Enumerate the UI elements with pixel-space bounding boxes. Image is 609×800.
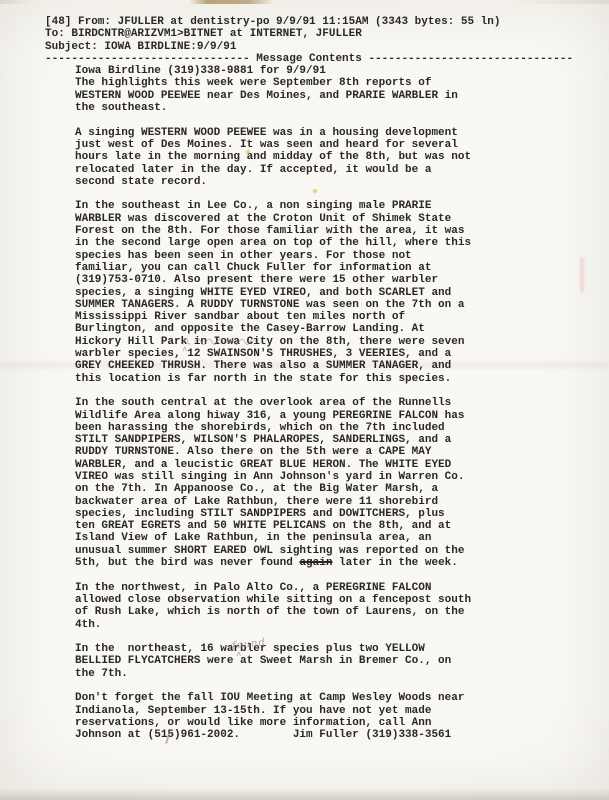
caret-insert-icon: ^ [236, 652, 241, 661]
message-paragraph: In the south central at the overlook are… [75, 397, 573, 569]
message-line: species has been seen in other years. Fo… [75, 250, 573, 262]
message-line: WESTERN WOOD PEEWEE near Des Moines, and… [75, 90, 573, 102]
message-line: STILT SANDPIPERS, WILSON'S PHALAROPES, S… [75, 434, 573, 446]
message-line: species, including STILT SANDPIPERS and … [75, 508, 573, 520]
message-line: Island View of Lake Rathbun, in the peni… [75, 532, 573, 544]
pencil-scribble-annotation-icon [180, 334, 266, 348]
message-line: Johnson at (515)961-2002. Jim Fuller (31… [75, 729, 573, 741]
message-line: Burlington, and opposite the Casey-Barro… [75, 323, 573, 335]
message-line: Iowa Birdline (319)338-9881 for 9/9/91 [75, 65, 573, 77]
message-paragraph: In the northwest, in Palo Alto Co., a PE… [75, 582, 573, 631]
message-line: ten GREAT EGRETS and 50 WHITE PELICANS o… [75, 520, 573, 532]
message-line: A singing WESTERN WOOD PEEWEE was in a h… [75, 127, 573, 139]
message-line: been harassing the shorebirds, which on … [75, 422, 573, 434]
scanned-email-page: [48] From: JFULLER at dentistry-po 9/9/9… [0, 0, 609, 800]
text-segment: later in the week. [332, 557, 457, 569]
header-line: [48] From: JFULLER at dentistry-po 9/9/9… [45, 16, 573, 28]
message-line: In the northeast, 16 warbler species plu… [75, 643, 573, 655]
message-header: [48] From: JFULLER at dentistry-po 9/9/9… [45, 16, 573, 53]
message-line: Indianola, September 13-15th. If you hav… [75, 705, 573, 717]
message-line: unusual summer SHORT EARED OWL sighting … [75, 545, 573, 557]
message-paragraph: A singing WESTERN WOOD PEEWEE was in a h… [75, 127, 573, 188]
message-line: familiar, you can call Chuck Fuller for … [75, 262, 573, 274]
message-line: this location is far north in the state … [75, 373, 573, 385]
message-line: 5th, but the bird was never found again … [75, 557, 573, 569]
paper-speck [246, 150, 250, 154]
message-line: the southeast. [75, 102, 573, 114]
message-line: Don't forget the fall IOU Meeting at Cam… [75, 692, 573, 704]
message-line: In the southeast in Lee Co., a non singi… [75, 200, 573, 212]
paper-speck [313, 189, 317, 193]
message-paragraph: Don't forget the fall IOU Meeting at Cam… [75, 692, 573, 741]
paper-smudge [580, 257, 584, 293]
message-line: Hickory Hill Park in Iowa City on the 8t… [75, 336, 573, 348]
message-line: Mississippi River sandbar about ten mile… [75, 311, 573, 323]
message-line: In the northwest, in Palo Alto Co., a PE… [75, 582, 573, 594]
message-line: WARBLER, and a leucistic GREAT BLUE HERO… [75, 459, 573, 471]
message-line: the 7th. [75, 668, 573, 680]
message-line: reservations, or would like more informa… [75, 717, 573, 729]
message-paragraph: Iowa Birdline (319)338-9881 for 9/9/91Th… [75, 65, 573, 114]
message-line: just west of Des Moines. It was seen and… [75, 139, 573, 151]
message-line: second state record. [75, 176, 573, 188]
message-line: WARBLER was discovered at the Croton Uni… [75, 213, 573, 225]
message-line: in the second large open area on top of … [75, 237, 573, 249]
message-line: RUDDY TURNSTONE. Also there on the 5th w… [75, 446, 573, 458]
message-line: 4th. [75, 619, 573, 631]
message-body: Iowa Birdline (319)338-9881 for 9/9/91Th… [75, 65, 573, 741]
message-line: species, a singing WHITE EYED VIREO, and… [75, 287, 573, 299]
message-line: The highlights this week were September … [75, 77, 573, 89]
message-paragraph: In the northeast, 16 warbler species plu… [75, 643, 573, 680]
message-line: In the south central at the overlook are… [75, 397, 573, 409]
header-line: Subject: IOWA BIRDLINE:9/9/91 [45, 41, 573, 53]
message-contents-separator: ------------------------------- Message … [45, 53, 573, 65]
message-line: of Rush Lake, which is north of the town… [75, 606, 573, 618]
message-line: GREY CHEEKED THRUSH. There was also a SU… [75, 360, 573, 372]
message-line: SUMMER TANAGERS. A RUDDY TURNSTONE was s… [75, 299, 573, 311]
message-paragraph: In the southeast in Lee Co., a non singi… [75, 200, 573, 384]
message-line: hours late in the morning and midday of … [75, 151, 573, 163]
message-line: Wildlife Area along hiway 316, a young P… [75, 410, 573, 422]
text-segment: 5th, but the bird was never found [75, 557, 299, 569]
paper-bottom-edge [0, 788, 609, 800]
message-line: VIREO was still singing in Ann Johnson's… [75, 471, 573, 483]
message-line: on the 7th. In Appanoose Co., at the Big… [75, 483, 573, 495]
message-line: warbler species, 12 SWAINSON'S THRUSHES,… [75, 348, 573, 360]
strikethrough-word: again [299, 557, 332, 569]
message-line: backwater area of Lake Rathbun, there we… [75, 496, 573, 508]
message-line: Forest on the 8th. For those familiar wi… [75, 225, 573, 237]
header-line: To: BIRDCNTR@ARIZVM1>BITNET at INTERNET,… [45, 28, 573, 40]
message-line: BELLIED FLYCATCHERS were at Sweet Marsh … [75, 655, 573, 667]
document-text: [48] From: JFULLER at dentistry-po 9/9/9… [45, 16, 573, 742]
paper-top-edge [0, 0, 609, 4]
message-line: relocated later in the day. If accepted,… [75, 164, 573, 176]
message-line: (319)753-0710. Also present there were 1… [75, 274, 573, 286]
message-line: allowed close observation while sitting … [75, 594, 573, 606]
caret-insert-icon: ^ [182, 347, 187, 356]
